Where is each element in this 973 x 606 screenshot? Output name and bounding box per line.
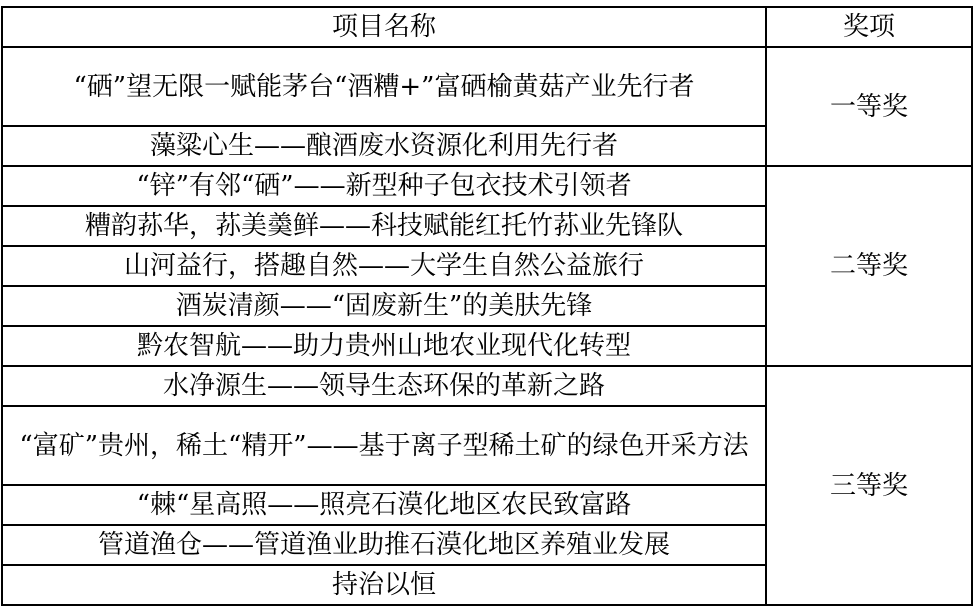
project-name: “锌”有邻“硒”——新型种子包衣技术引领者 [136,167,631,205]
project-name: 持治以恒 [332,566,436,603]
header-row: 项目名称 奖项 [2,7,972,47]
project-name-cell: 酒炭清颜——“固废新生”的美肤先锋 [2,286,766,326]
project-name: 管道渔仓——管道渔业助推石漠化地区养殖业发展 [98,526,670,564]
table-row: 水净源生——领导生态环保的革新之路 三等奖 [2,366,972,406]
project-name: “硒”望无限一赋能茅台“酒糟+”富硒榆黄菇产业先行者 [74,68,695,106]
project-name-cell: 山河益行，搭趣自然——大学生自然公益旅行 [2,246,766,286]
project-name: 酒炭清颜——“固废新生”的美肤先锋 [176,287,593,325]
project-name: “棘“星高照——照亮石漠化地区农民致富路 [137,486,632,524]
header-project-name: 项目名称 [2,7,766,47]
award-label: 三等奖 [830,471,908,501]
project-name-cell: 糟韵荪华，荪美羮鲜——科技赋能红托竹荪业先锋队 [2,206,766,246]
header-award: 奖项 [766,7,972,47]
project-name-cell: 管道渔仓——管道渔业助推石漠化地区养殖业发展 [2,525,766,565]
table-row: “锌”有邻“硒”——新型种子包衣技术引领者 二等奖 [2,166,972,206]
project-name: 糟韵荪华，荪美羮鲜——科技赋能红托竹荪业先锋队 [85,207,683,245]
project-name-cell: 水净源生——领导生态环保的革新之路 [2,366,766,406]
table-row: “硒”望无限一赋能茅台“酒糟+”富硒榆黄菇产业先行者 一等奖 [2,47,972,126]
project-name-cell: 持治以恒 [2,565,766,603]
project-name-cell: “富矿”贵州，稀土“精开”——基于离子型稀土矿的绿色开采方法 [2,406,766,485]
award-label: 二等奖 [830,251,908,281]
award-label: 一等奖 [830,92,908,122]
project-name: 黔农智航——助力贵州山地农业现代化转型 [137,327,631,365]
award-cell-second-prize: 二等奖 [766,166,972,366]
project-name-cell: 黔农智航——助力贵州山地农业现代化转型 [2,326,766,366]
project-name: 山河益行，搭趣自然——大学生自然公益旅行 [124,247,644,285]
project-name-cell: 藻粱心生——酿酒废水资源化利用先行者 [2,126,766,166]
award-cell-first-prize: 一等奖 [766,47,972,166]
project-name-cell: “锌”有邻“硒”——新型种子包衣技术引领者 [2,166,766,206]
awards-table-container: 项目名称 奖项 “硒”望无限一赋能茅台“酒糟+”富硒榆黄菇产业先行者 一等奖 藻… [1,6,973,603]
project-name-cell: “硒”望无限一赋能茅台“酒糟+”富硒榆黄菇产业先行者 [2,47,766,126]
project-name: 藻粱心生——酿酒废水资源化利用先行者 [150,127,618,165]
award-cell-third-prize: 三等奖 [766,366,972,603]
awards-table: 项目名称 奖项 “硒”望无限一赋能茅台“酒糟+”富硒榆黄菇产业先行者 一等奖 藻… [1,6,973,603]
project-name: “富矿”贵州，稀土“精开”——基于离子型稀土矿的绿色开采方法 [19,427,748,465]
project-name-cell: “棘“星高照——照亮石漠化地区农民致富路 [2,485,766,525]
project-name: 水净源生——领导生态环保的革新之路 [163,367,605,405]
